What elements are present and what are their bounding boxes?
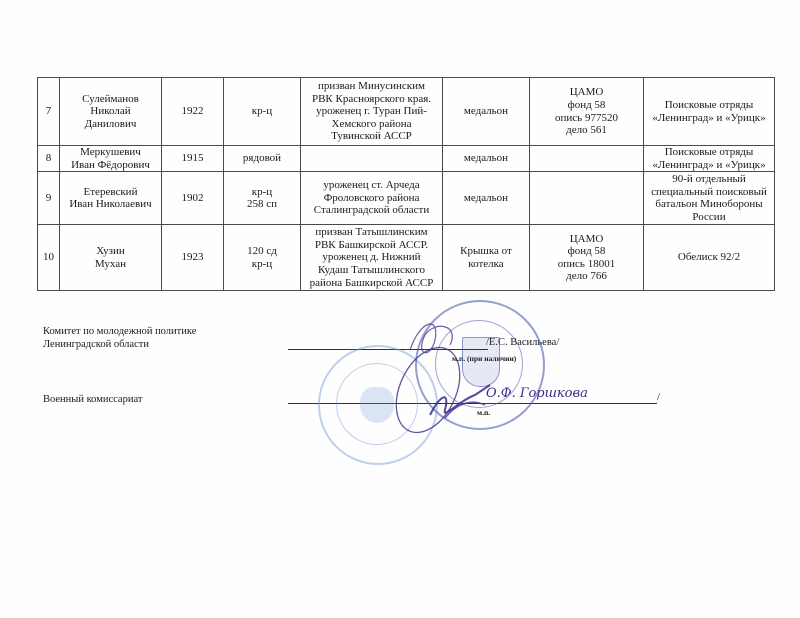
table-row: 10 Хузин Мухан 1923 120 сд кр-ц призван … xyxy=(38,225,775,291)
rank: 120 сд кр-ц xyxy=(224,225,301,291)
found-item: медальон xyxy=(443,146,530,172)
archive-reference: ЦАМО фонд 58 опись 18001 дело 766 xyxy=(530,225,644,291)
archive-reference xyxy=(530,172,644,225)
found-by: 90-й отдельный специальный поисковый бат… xyxy=(644,172,775,225)
person-name: Меркушевич Иван Фёдорович xyxy=(60,146,162,172)
military-closing-slash: / xyxy=(657,391,660,403)
biographical-info: уроженец ст. Арчеда Фроловского района С… xyxy=(301,172,443,225)
military-org-label: Военный комиссариат xyxy=(43,394,142,407)
birth-year: 1923 xyxy=(162,225,224,291)
found-by: Поисковые отряды «Ленинград» и «Урицк» xyxy=(644,146,775,172)
coat-of-arms-icon xyxy=(360,387,394,423)
archive-reference: ЦАМО фонд 58 опись 977520 дело 561 xyxy=(530,78,644,146)
committee-org-label: Комитет по молодежной политике Ленинград… xyxy=(43,326,196,351)
row-number: 7 xyxy=(38,78,60,146)
person-name: Хузин Мухан xyxy=(60,225,162,291)
rank: рядовой xyxy=(224,146,301,172)
row-number: 10 xyxy=(38,225,60,291)
table-row: 7 Сулейманов Николай Данилович 1922 кр-ц… xyxy=(38,78,775,146)
found-item: Крышка от котелка xyxy=(443,225,530,291)
biographical-info: призван Татышлинским РВК Башкирской АССР… xyxy=(301,225,443,291)
biographical-info: призван Минусинским РВК Красноярского кр… xyxy=(301,78,443,146)
archive-reference xyxy=(530,146,644,172)
found-item: медальон xyxy=(443,78,530,146)
row-number: 8 xyxy=(38,146,60,172)
found-by: Поисковые отряды «Ленинград» и «Урицк» xyxy=(644,78,775,146)
person-name: Сулейманов Николай Данилович xyxy=(60,78,162,146)
birth-year: 1922 xyxy=(162,78,224,146)
birth-year: 1902 xyxy=(162,172,224,225)
burial-records-table: 7 Сулейманов Николай Данилович 1922 кр-ц… xyxy=(37,77,775,291)
document-page: 7 Сулейманов Николай Данилович 1922 кр-ц… xyxy=(0,0,800,618)
rank: кр-ц 258 сп xyxy=(224,172,301,225)
table-row: 8 Меркушевич Иван Фёдорович 1915 рядовой… xyxy=(38,146,775,172)
row-number: 9 xyxy=(38,172,60,225)
table-row: 9 Етеревский Иван Николаевич 1902 кр-ц 2… xyxy=(38,172,775,225)
found-item: медальон xyxy=(443,172,530,225)
biographical-info xyxy=(301,146,443,172)
birth-year: 1915 xyxy=(162,146,224,172)
person-name: Етеревский Иван Николаевич xyxy=(60,172,162,225)
found-by: Обелиск 92/2 xyxy=(644,225,775,291)
handwritten-signature-icon xyxy=(390,300,510,440)
rank: кр-ц xyxy=(224,78,301,146)
